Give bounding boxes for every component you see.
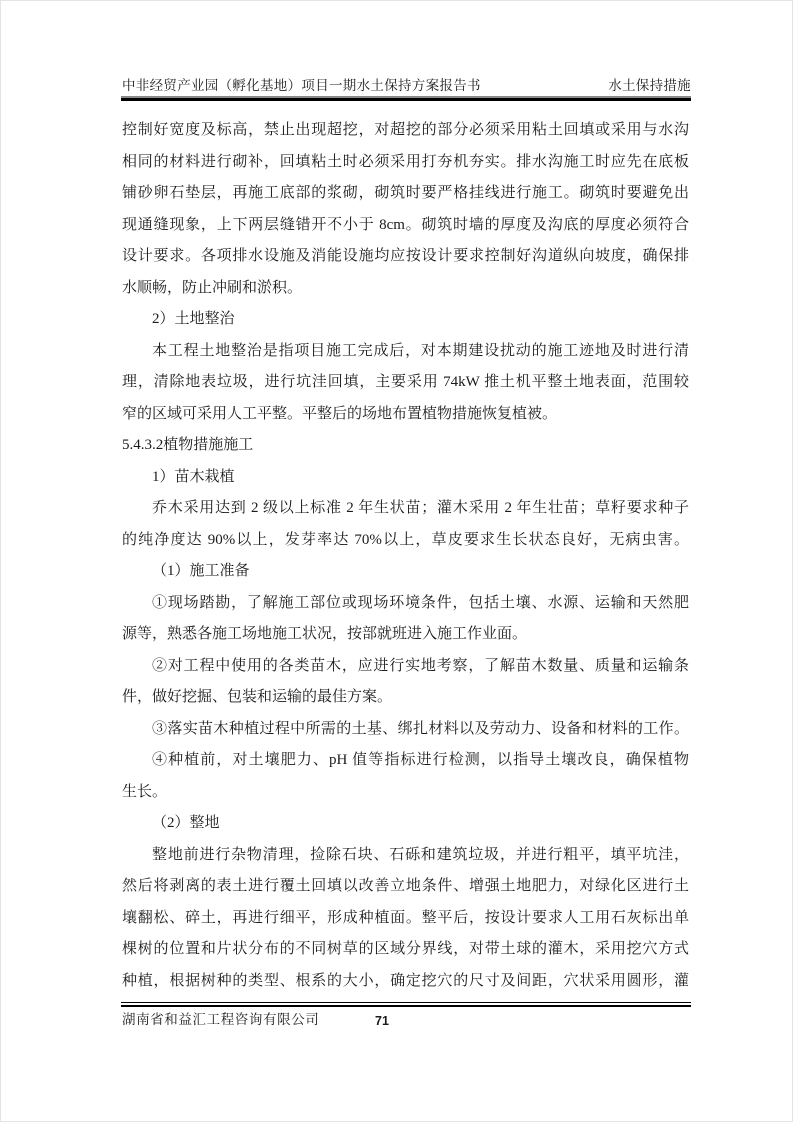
header-rule — [121, 96, 691, 101]
body-line: （1）施工准备 — [122, 556, 689, 588]
header-right-title: 水土保持措施 — [608, 77, 691, 94]
body-line: ①现场踏勘，了解施工部位或现场环境条件，包括土壤、水源、运输和天然肥 — [122, 588, 689, 620]
body-line: 相同的材料进行砌补，回填粘土时必须采用打夯机夯实。排水沟施工时应先在底板 — [122, 147, 689, 179]
body-line: 设计要求。各项排水设施及消能设施均应按设计要求控制好沟道纵向坡度，确保排 — [122, 241, 689, 273]
footer-rule — [121, 1002, 691, 1007]
header-rule-thick-line — [121, 98, 691, 101]
body-line: ④种植前，对土壤肥力、pH 值等指标进行检测，以指导土壤改良，确保植物 — [122, 745, 689, 777]
footer-page-number: 71 — [375, 1012, 389, 1030]
body-line: 铺砂卵石垫层，再施工底部的浆砌，砌筑时要严格挂线进行施工。砌筑时要避免出 — [122, 178, 689, 210]
body-line: 生长。 — [122, 777, 689, 809]
body-line: 乔木采用达到 2 级以上标准 2 年生状苗；灌木采用 2 年生壮苗；草籽要求种子 — [122, 493, 689, 525]
body-line: 然后将剥离的表土进行覆土回填以改善立地条件、增强土地肥力，对绿化区进行土 — [122, 871, 689, 903]
body-line: 5.4.3.2植物措施施工 — [122, 430, 689, 462]
body-line: 壤翻松、碎土，再进行细平，形成种植面。整平后，按设计要求人工用石灰标出单 — [122, 903, 689, 935]
page-footer: 湖南省和益汇工程咨询有限公司 71 — [122, 1011, 691, 1029]
footer-rule-thick-line — [121, 1005, 691, 1008]
body-line: 本工程土地整治是指项目施工完成后，对本期建设扰动的施工迹地及时进行清 — [122, 336, 689, 368]
header-left-title: 中非经贸产业园（孵化基地）项目一期水土保持方案报告书 — [122, 77, 481, 94]
body-line: 2）土地整治 — [122, 304, 689, 336]
page-header: 中非经贸产业园（孵化基地）项目一期水土保持方案报告书 水土保持措施 — [122, 77, 691, 94]
body-line: ②对工程中使用的各类苗木，应进行实地考察，了解苗木数量、质量和运输条 — [122, 651, 689, 683]
body-line: 水顺畅，防止冲刷和淤积。 — [122, 273, 689, 305]
body-line: 源等，熟悉各施工场地施工状况，按部就班进入施工作业面。 — [122, 619, 689, 651]
footer-company-name: 湖南省和益汇工程咨询有限公司 — [122, 1011, 319, 1029]
body-line: ③落实苗木种植过程中所需的土基、绑扎材料以及劳动力、设备和材料的工作。 — [122, 714, 689, 746]
body-line: 窄的区域可采用人工平整。平整后的场地布置植物措施恢复植被。 — [122, 399, 689, 431]
body-line: 棵树的位置和片状分布的不同树草的区域分界线，对带土球的灌木，采用挖穴方式 — [122, 934, 689, 966]
body-line: （2）整地 — [122, 808, 689, 840]
body-line: 整地前进行杂物清理，捡除石块、石砾和建筑垃圾，并进行粗平，填平坑洼， — [122, 840, 689, 872]
body-line: 控制好宽度及标高，禁止出现超挖，对超挖的部分必须采用粘土回填或采用与水沟 — [122, 115, 689, 147]
body-line: 件，做好挖掘、包装和运输的最佳方案。 — [122, 682, 689, 714]
footer-rule-thin-line — [121, 1002, 691, 1003]
document-page: 中非经贸产业园（孵化基地）项目一期水土保持方案报告书 水土保持措施 控制好宽度及… — [0, 0, 793, 1122]
body-text: 控制好宽度及标高，禁止出现超挖，对超挖的部分必须采用粘土回填或采用与水沟相同的材… — [122, 115, 689, 997]
body-line: 理，清除地表垃圾，进行坑洼回填，主要采用 74kW 推土机平整土地表面，范围较 — [122, 367, 689, 399]
body-line: 种植，根据树种的类型、根系的大小，确定挖穴的尺寸及间距，穴状采用圆形，灌 — [122, 966, 689, 998]
body-line: 1）苗木栽植 — [122, 462, 689, 494]
body-line: 现通缝现象，上下两层缝错开不小于 8cm。砌筑时墙的厚度及沟底的厚度必须符合 — [122, 210, 689, 242]
body-line: 的纯净度达 90%以上，发芽率达 70%以上，草皮要求生长状态良好，无病虫害。 — [122, 525, 689, 557]
